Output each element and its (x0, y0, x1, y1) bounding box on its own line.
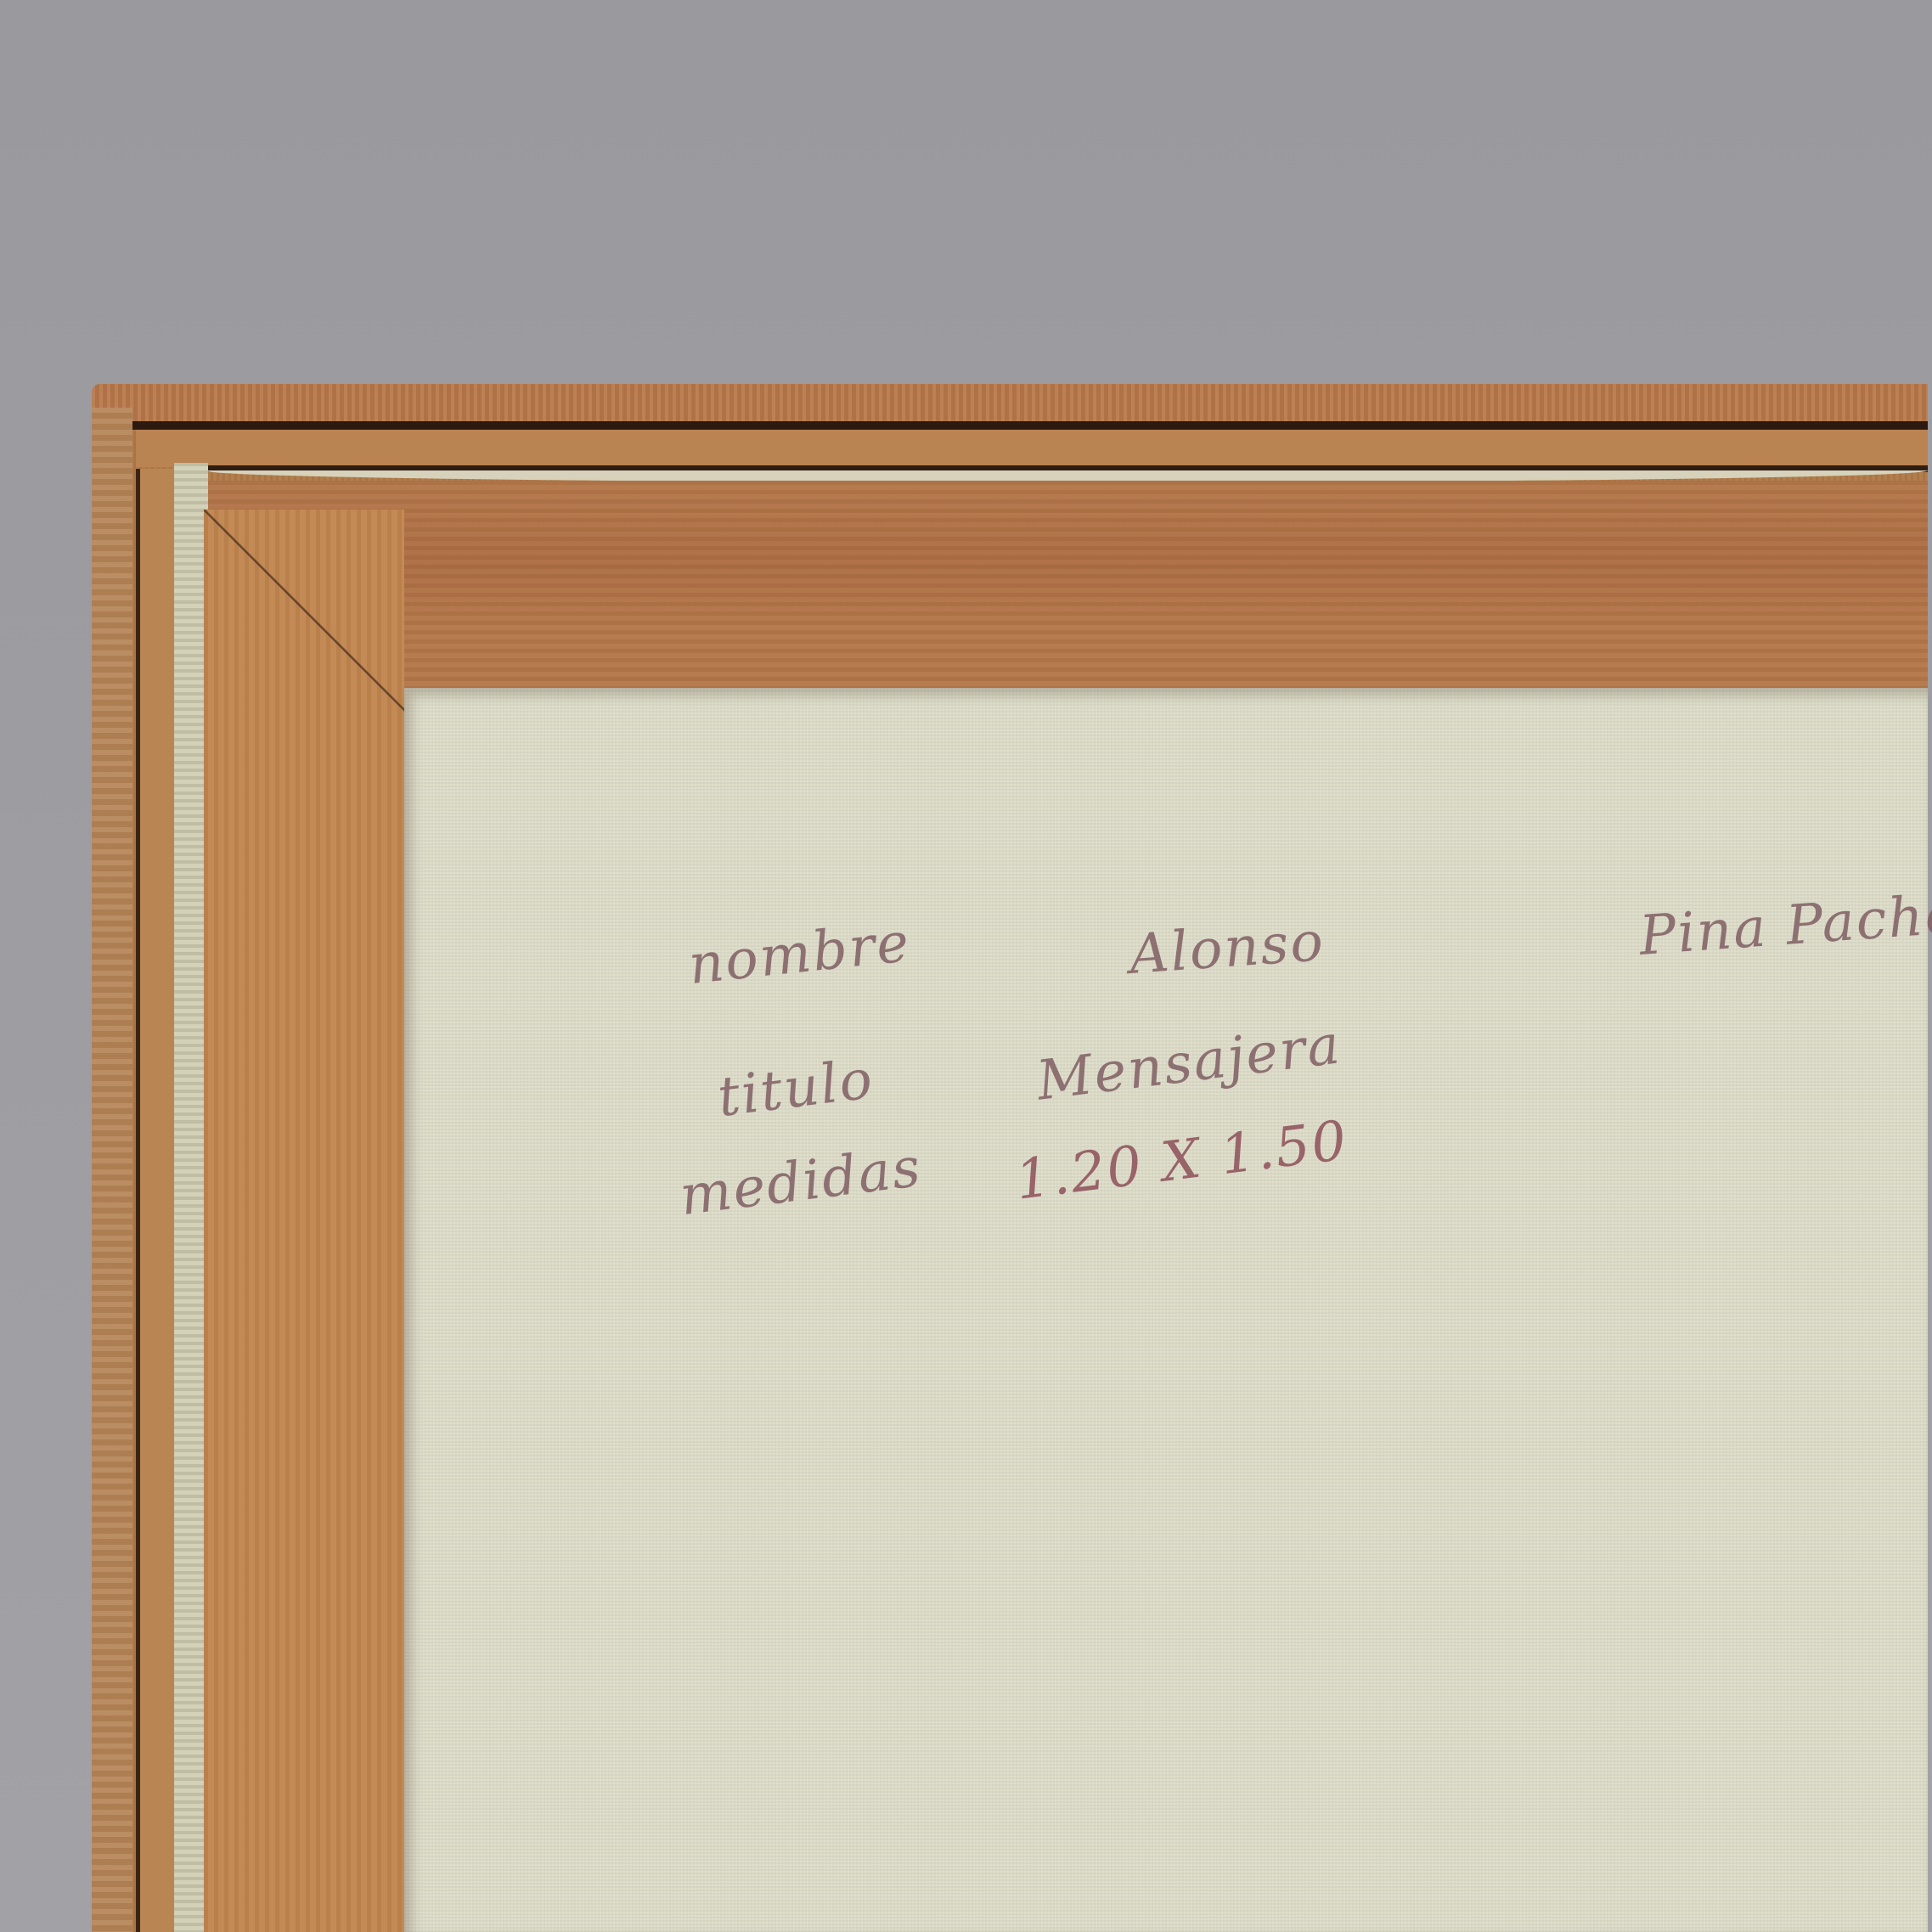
canvas-back (404, 688, 1928, 1932)
outer-frame-top-rail (92, 384, 1928, 423)
canvas-edge-tape-left (174, 463, 208, 1932)
inscription-name-middle: Pina (1637, 896, 1770, 967)
frame-gap (132, 421, 1928, 430)
outer-frame-left-rail (92, 408, 132, 1932)
inner-frame-top-rail (136, 430, 1928, 467)
